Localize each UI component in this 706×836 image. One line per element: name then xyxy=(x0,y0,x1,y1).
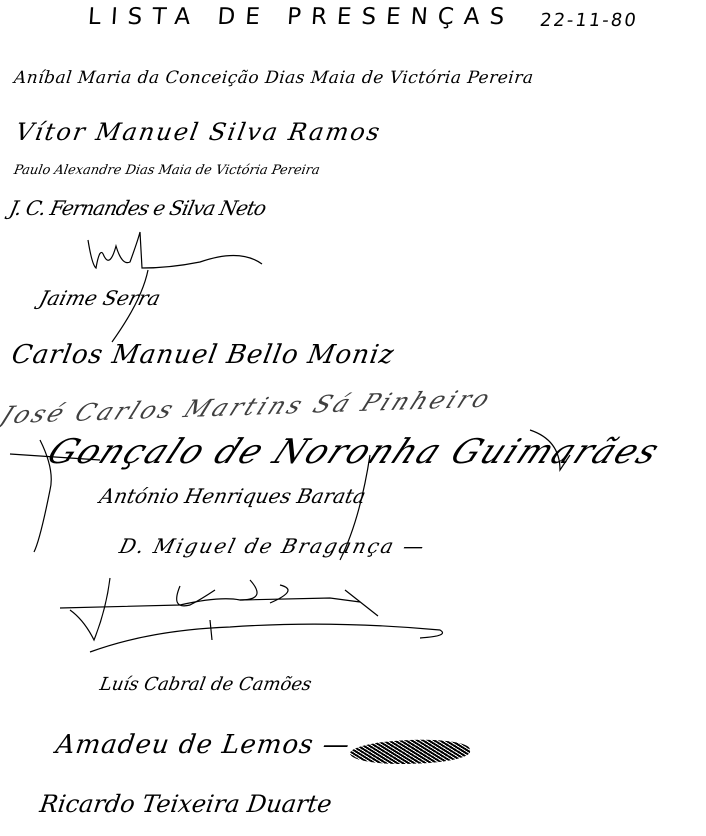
document-date: 22-11-80 xyxy=(539,10,640,31)
signature-10: António Henriques Barata xyxy=(97,484,368,508)
signature-7: Carlos Manuel Bello Moniz xyxy=(9,340,396,370)
signature-2: Vítor Manuel Silva Ramos xyxy=(14,118,384,146)
signature-11: D. Miguel de Bragança — xyxy=(117,534,428,558)
signature-6: Jaime Serra xyxy=(37,286,164,310)
document-title: LISTA DE PRESENÇAS xyxy=(87,4,515,30)
signature-4: J. C. Fernandes e Silva Neto xyxy=(7,196,267,220)
signature-3: Paulo Alexandre Dias Maia de Victória Pe… xyxy=(13,163,321,178)
signature-14: Amadeu de Lemos — xyxy=(54,730,352,760)
signature-15: Ricardo Teixeira Duarte xyxy=(38,790,334,818)
signature-8: José Carlos Martins Sá Pinheiro xyxy=(0,385,497,430)
attendance-sheet: LISTA DE PRESENÇAS 22-11-80 Aníbal Maria… xyxy=(0,0,706,836)
signature-13: Luís Cabral de Camões xyxy=(98,674,313,695)
signature-1: Aníbal Maria da Conceição Dias Maia de V… xyxy=(13,68,535,88)
signature-9: Gonçalo de Noronha Guimarães xyxy=(41,432,668,472)
redacted-scribble xyxy=(349,737,470,767)
